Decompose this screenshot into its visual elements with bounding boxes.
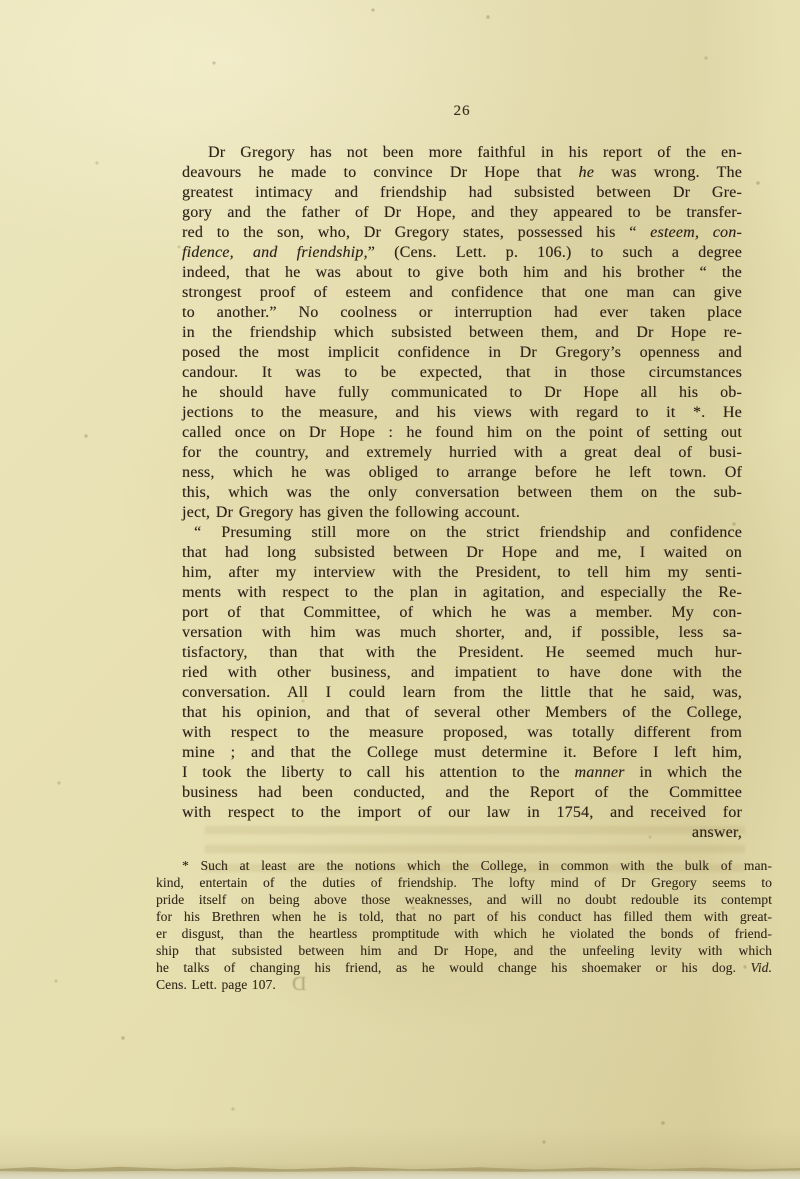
text-line: to another.” No coolness or interruption… (182, 303, 742, 323)
text-line: business had been conducted, and the Rep… (182, 783, 742, 803)
text-line: I took the liberty to call his attention… (182, 763, 742, 783)
text-line: ject, Dr Gregory has given the following… (182, 503, 742, 523)
text-line: pride itself on being above those weakne… (156, 891, 772, 908)
scanned-book-page: 26 Dr Gregory has not been more faithful… (0, 0, 800, 1179)
text-line: with respect to the measure proposed, wa… (182, 723, 742, 743)
show-through-glyph: D (292, 973, 306, 996)
text-line: tisfactory, than that with the President… (182, 643, 742, 663)
text-line: kind, entertain of the duties of friends… (156, 874, 772, 891)
text-line: “ Presuming still more on the strict fri… (182, 523, 742, 543)
body-text: Dr Gregory has not been more faithful in… (182, 143, 742, 843)
text-line: that had long subsisted between Dr Hope … (182, 543, 742, 563)
text-line: posed the most implicit confidence in Dr… (182, 343, 742, 363)
text-line: conversation. All I could learn from the… (182, 683, 742, 703)
text-line: Cens. Lett. page 107. (156, 976, 772, 993)
text-line: this, which was the only conversation be… (182, 483, 742, 503)
footnote: * Such at least are the notions which th… (156, 857, 772, 993)
text-line: ried with other business, and impatient … (182, 663, 742, 683)
page-number: 26 (182, 103, 742, 120)
text-line: er disgust, than the heartless promptitu… (156, 925, 772, 942)
text-line: mine ; and that the College must determi… (182, 743, 742, 763)
text-line: gory and the father of Dr Hope, and they… (182, 203, 742, 223)
paper-speckles (0, 0, 2, 2)
text-line: jections to the measure, and his views w… (182, 403, 742, 423)
text-line: in the friendship which subsisted betwee… (182, 323, 742, 343)
text-line: answer, (182, 823, 742, 843)
text-line: strongest proof of esteem and confidence… (182, 283, 742, 303)
text-line: red to the son, who, Dr Gregory states, … (182, 223, 742, 243)
text-line: ments with respect to the plan in agitat… (182, 583, 742, 603)
text-line: he should have fully communicated to Dr … (182, 383, 742, 403)
text-line: port of that Committee, of which he was … (182, 603, 742, 623)
text-line: ness, which he was obliged to arrange be… (182, 463, 742, 483)
text-line: him, after my interview with the Preside… (182, 563, 742, 583)
text-line: Dr Gregory has not been more faithful in… (182, 143, 742, 163)
text-line: that his opinion, and that of several ot… (182, 703, 742, 723)
text-line: for his Brethren when he is told, that n… (156, 908, 772, 925)
text-line: greatest intimacy and friendship had sub… (182, 183, 742, 203)
text-line: candour. It was to be expected, that in … (182, 363, 742, 383)
text-line: * Such at least are the notions which th… (156, 857, 772, 874)
text-line: called once on Dr Hope : he found him on… (182, 423, 742, 443)
text-line: he talks of changing his friend, as he w… (156, 959, 772, 976)
text-line: indeed, that he was about to give both h… (182, 263, 742, 283)
text-line: versation with him was much shorter, and… (182, 623, 742, 643)
text-line: for the country, and extremely hurried w… (182, 443, 742, 463)
text-line: ship that subsisted between him and Dr H… (156, 942, 772, 959)
text-line: fidence, and friendship,” (Cens. Lett. p… (182, 243, 742, 263)
text-line: with respect to the import of our law in… (182, 803, 742, 823)
text-line: deavours he made to convince Dr Hope tha… (182, 163, 742, 183)
